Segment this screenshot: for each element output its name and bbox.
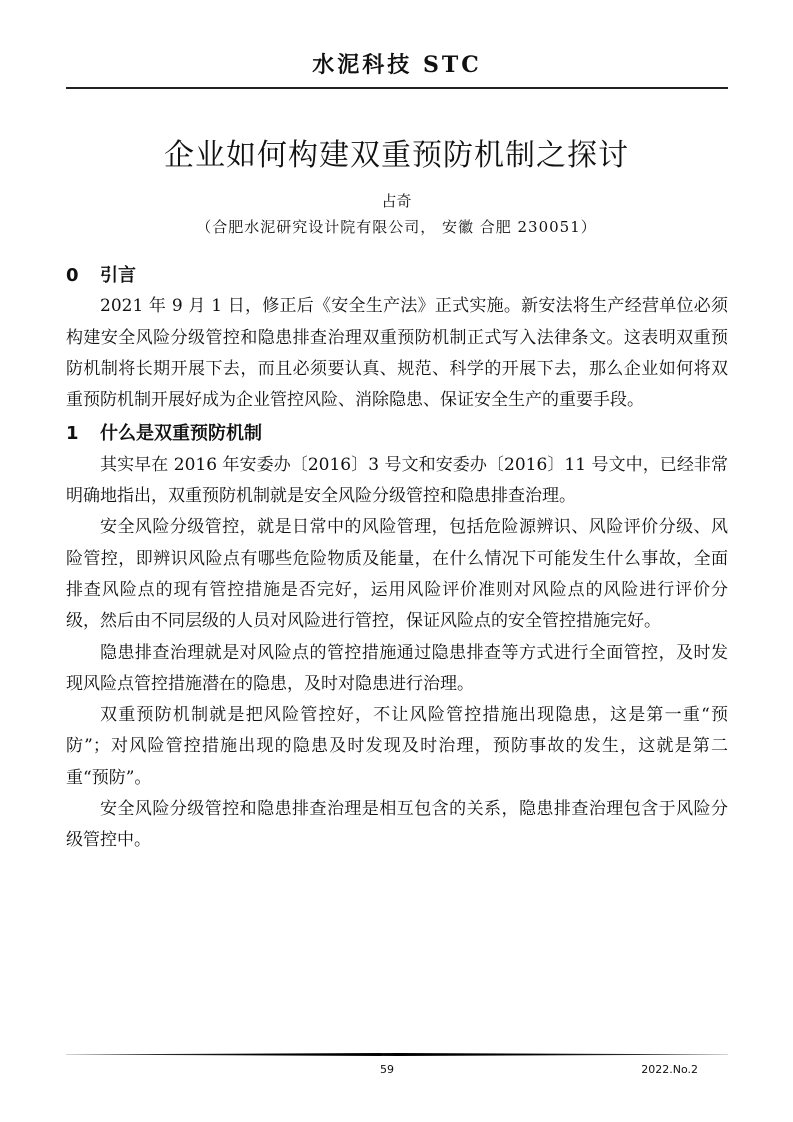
author-name: 占奇 xyxy=(0,190,793,211)
paragraph: 其实早在 2016 年安委办〔2016〕3 号文和安委办〔2016〕11 号文中… xyxy=(66,450,728,513)
paragraph: 隐患排查治理就是对风险点的管控措施通过隐患排查等方式进行全面管控，及时发现风险点… xyxy=(66,638,728,701)
paragraph: 双重预防机制就是把风险管控好，不让风险管控措施出现隐患，这是第一重“预防”；对风… xyxy=(66,700,728,794)
section-number: 1 xyxy=(66,418,100,449)
issue-label: 2022.No.2 xyxy=(641,1063,698,1076)
article-body: 0引言 2021 年 9 月 1 日，修正后《安全生产法》正式实施。新安法将生产… xyxy=(66,258,728,857)
section-title: 引言 xyxy=(100,265,136,286)
author-affiliation: （合肥水泥研究设计院有限公司， 安徽 合肥 230051） xyxy=(0,216,793,237)
page-number: 59 xyxy=(380,1063,394,1076)
section-number: 0 xyxy=(66,260,100,291)
paragraph: 安全风险分级管控和隐患排查治理是相互包含的关系，隐患排查治理包含于风险分级管控中… xyxy=(66,794,728,857)
footer-divider xyxy=(66,1053,728,1056)
journal-header: 水泥科技 STC xyxy=(66,48,728,79)
section-heading: 0引言 xyxy=(66,260,728,291)
section-title: 什么是双重预防机制 xyxy=(100,423,262,444)
paragraph: 安全风险分级管控，就是日常中的风险管理，包括危险源辨识、风险评价分级、风险管控，… xyxy=(66,512,728,637)
article-title: 企业如何构建双重预防机制之探讨 xyxy=(0,130,793,174)
section-heading: 1什么是双重预防机制 xyxy=(66,418,728,449)
paragraph: 2021 年 9 月 1 日，修正后《安全生产法》正式实施。新安法将生产经营单位… xyxy=(66,291,728,416)
header-divider xyxy=(66,87,728,89)
